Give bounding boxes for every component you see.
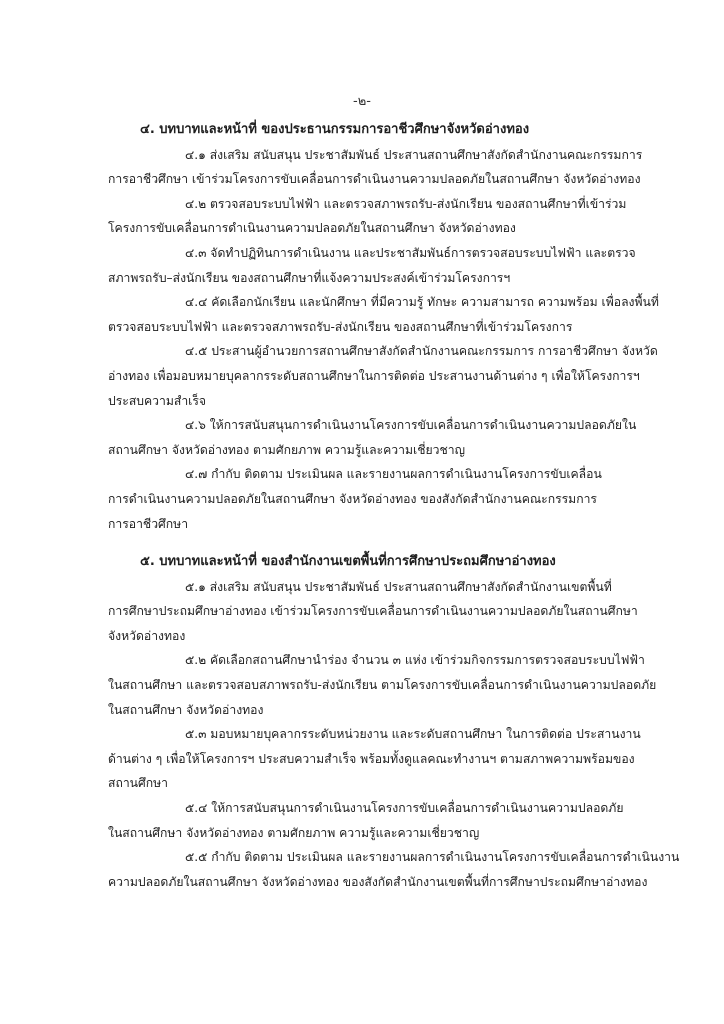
- numbered-paragraph: ๔.๗ กำกับ ติดตาม ประเมินผล และรายงานผลกา…: [108, 462, 668, 536]
- text-line: อ่างทอง เพื่อมอบหมายบุคลากรระดับสถานศึกษ…: [108, 364, 668, 389]
- text-line: ในสถานศึกษา จังหวัดอ่างทอง ตามศักยภาพ คว…: [108, 821, 668, 846]
- text-line: ๕.๕ กำกับ ติดตาม ประเมินผล และรายงานผลกา…: [108, 845, 668, 870]
- text-line: ๕.๑ ส่งเสริม สนับสนุน ประชาสัมพันธ์ ประส…: [108, 575, 668, 600]
- section-gap: [108, 536, 668, 550]
- text-line: ๔.๓ จัดทำปฏิทินการดำเนินงาน และประชาสัมพ…: [108, 241, 668, 266]
- text-line: การศึกษาประถมศึกษาอ่างทอง เข้าร่วมโครงกา…: [108, 599, 668, 624]
- document-page: -๒- ๔. บทบาทและหน้าที่ ของประธานกรรมการอ…: [0, 0, 724, 1024]
- numbered-paragraph: ๔.๑ ส่งเสริม สนับสนุน ประชาสัมพันธ์ ประส…: [108, 143, 668, 192]
- text-line: ความปลอดภัยในสถานศึกษา จังหวัดอ่างทอง ขอ…: [108, 870, 668, 895]
- text-line: การดำเนินงานความปลอดภัยในสถานศึกษา จังหว…: [108, 487, 668, 512]
- text-line: ๕.๔ ให้การสนับสนุนการดำเนินงานโครงการขับ…: [108, 796, 668, 821]
- numbered-paragraph: ๕.๓ มอบหมายบุคลากรระดับหน่วยงาน และระดับ…: [108, 722, 668, 796]
- numbered-paragraph: ๔.๔ คัดเลือกนักเรียน และนักศึกษา ที่มีคว…: [108, 290, 668, 339]
- text-line: โครงการขับเคลื่อนการดำเนินงานความปลอดภัย…: [108, 216, 668, 241]
- text-line: ตรวจสอบระบบไฟฟ้า และตรวจสภาพรถรับ-ส่งนัก…: [108, 315, 668, 340]
- text-line: สภาพรถรับ–ส่งนักเรียน ของสถานศึกษาที่แจ้…: [108, 266, 668, 291]
- text-line: ด้านต่าง ๆ เพื่อให้โครงการฯ ประสบความสำเ…: [108, 747, 668, 772]
- section-heading: ๔. บทบาทและหน้าที่ ของประธานกรรมการอาชีว…: [108, 118, 668, 143]
- numbered-paragraph: ๕.๔ ให้การสนับสนุนการดำเนินงานโครงการขับ…: [108, 796, 668, 845]
- text-line: ในสถานศึกษา และตรวจสอบสภาพรถรับ-ส่งนักเร…: [108, 673, 668, 698]
- numbered-paragraph: ๔.๖ ให้การสนับสนุนการดำเนินงานโครงการขับ…: [108, 413, 668, 462]
- numbered-paragraph: ๕.๑ ส่งเสริม สนับสนุน ประชาสัมพันธ์ ประส…: [108, 575, 668, 649]
- text-line: ๔.๕ ประสานผู้อำนวยการสถานศึกษาสังกัดสำนั…: [108, 339, 668, 364]
- section-heading: ๕. บทบาทและหน้าที่ ของสำนักงานเขตพื้นที่…: [108, 550, 668, 575]
- text-line: ๕.๒ คัดเลือกสถานศึกษานำร่อง จำนวน ๓ แห่ง…: [108, 648, 668, 673]
- page-number: -๒-: [0, 90, 724, 111]
- text-line: ๔.๑ ส่งเสริม สนับสนุน ประชาสัมพันธ์ ประส…: [108, 143, 668, 168]
- text-line: ๔.๔ คัดเลือกนักเรียน และนักศึกษา ที่มีคว…: [108, 290, 668, 315]
- text-line: จังหวัดอ่างทอง: [108, 624, 668, 649]
- text-line: ประสบความสำเร็จ: [108, 389, 668, 414]
- numbered-paragraph: ๔.๕ ประสานผู้อำนวยการสถานศึกษาสังกัดสำนั…: [108, 339, 668, 413]
- text-line: สถานศึกษา: [108, 771, 668, 796]
- text-line: ๔.๒ ตรวจสอบระบบไฟฟ้า และตรวจสภาพรถรับ-ส่…: [108, 192, 668, 217]
- text-line: ในสถานศึกษา จังหวัดอ่างทอง: [108, 698, 668, 723]
- text-line: การอาชีวศึกษา: [108, 512, 668, 537]
- text-line: การอาชีวศึกษา เข้าร่วมโครงการขับเคลื่อนก…: [108, 167, 668, 192]
- numbered-paragraph: ๔.๓ จัดทำปฏิทินการดำเนินงาน และประชาสัมพ…: [108, 241, 668, 290]
- document-body: ๔. บทบาทและหน้าที่ ของประธานกรรมการอาชีว…: [108, 118, 668, 894]
- text-line: ๔.๖ ให้การสนับสนุนการดำเนินงานโครงการขับ…: [108, 413, 668, 438]
- text-line: ๕.๓ มอบหมายบุคลากรระดับหน่วยงาน และระดับ…: [108, 722, 668, 747]
- text-line: ๔.๗ กำกับ ติดตาม ประเมินผล และรายงานผลกา…: [108, 462, 668, 487]
- numbered-paragraph: ๔.๒ ตรวจสอบระบบไฟฟ้า และตรวจสภาพรถรับ-ส่…: [108, 192, 668, 241]
- text-line: สถานศึกษา จังหวัดอ่างทอง ตามศักยภาพ ความ…: [108, 438, 668, 463]
- numbered-paragraph: ๕.๕ กำกับ ติดตาม ประเมินผล และรายงานผลกา…: [108, 845, 668, 894]
- numbered-paragraph: ๕.๒ คัดเลือกสถานศึกษานำร่อง จำนวน ๓ แห่ง…: [108, 648, 668, 722]
